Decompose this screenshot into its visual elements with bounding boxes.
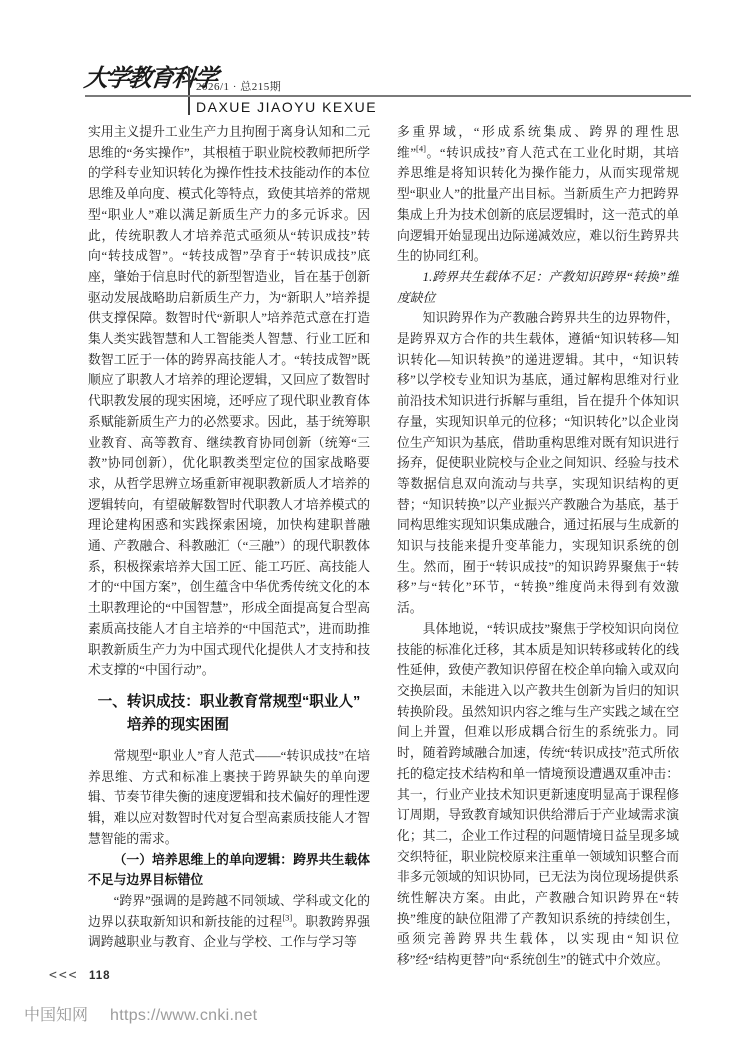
footnote-marker: [3] xyxy=(282,912,292,922)
section-heading-line1: 一、转识成技：职业教育常规型“职业人” xyxy=(98,694,361,710)
cnki-watermark: 中国知网 https://www.cnki.net xyxy=(24,1002,257,1025)
page-number: 118 xyxy=(89,970,111,982)
journal-pinyin-title: DAXUE JIAOYU KEXUE xyxy=(196,99,377,115)
journal-page: 大学教育科学 2026/1 · 总215期 DAXUE JIAOYU KEXUE… xyxy=(0,0,750,1043)
paragraph: 知识跨界作为产教融合跨界共生的边界物件，是跨界双方合作的共生载体，遵循“知识转移… xyxy=(397,308,679,619)
journal-logo: 大学教育科学 xyxy=(82,60,190,98)
paragraph: 多重界域，“形成系统集成、跨界的理性思维”[4]。“转识成技”育人范式在工业化时… xyxy=(397,122,679,267)
subsection-heading: （一）培养思维上的单向逻辑：跨界共生载体不足与边界目标错位 xyxy=(88,850,370,891)
header-rule xyxy=(85,95,691,97)
cnki-url: https://www.cnki.net xyxy=(110,1007,257,1025)
column-right: 多重界域，“形成系统集成、跨界的理性思维”[4]。“转识成技”育人范式在工业化时… xyxy=(397,122,679,970)
paragraph: 具体地说，“转识成技”聚焦于学校知识向岗位技能的标准化迁移，其本质是知识转移或转… xyxy=(397,619,679,970)
paragraph: 常规型“职业人”育人范式——“转识成技”在培养思维、方式和标准上裹挟于跨界缺失的… xyxy=(88,746,370,850)
cnki-site-name: 中国知网 xyxy=(24,1002,88,1025)
header-vertical-divider xyxy=(188,67,190,115)
numbered-subsection-heading: 1.跨界共生载体不足：产教知识跨界“转换”维度缺位 xyxy=(397,267,679,308)
paragraph: “跨界”强调的是跨越不同领域、学科或文化的边界以获取新知识和新技能的过程[3]。… xyxy=(88,891,370,953)
paragraph-text: 。“转识成技”育人范式在工业化时期，其培养思维是将知识转化为操作能力，从而实现常… xyxy=(397,146,679,264)
article-body: 实用主义提升工业生产力且拘囿于离身认知和二元思维的“务实操作”，其根植于职业院校… xyxy=(88,122,680,970)
section-heading-line2: 培养的现实困囿 xyxy=(98,714,361,737)
issue-info: 2026/1 · 总215期 xyxy=(196,78,281,94)
footnote-marker: [4] xyxy=(416,143,426,153)
paragraph: 实用主义提升工业生产力且拘囿于离身认知和二元思维的“务实操作”，其根植于职业院校… xyxy=(88,122,370,681)
section-heading: 一、转识成技：职业教育常规型“职业人” 培养的现实困囿 xyxy=(98,691,361,737)
column-left: 实用主义提升工业生产力且拘囿于离身认知和二元思维的“务实操作”，其根植于职业院校… xyxy=(88,122,370,970)
page-corner-chevrons-icon: <<< xyxy=(49,968,78,983)
